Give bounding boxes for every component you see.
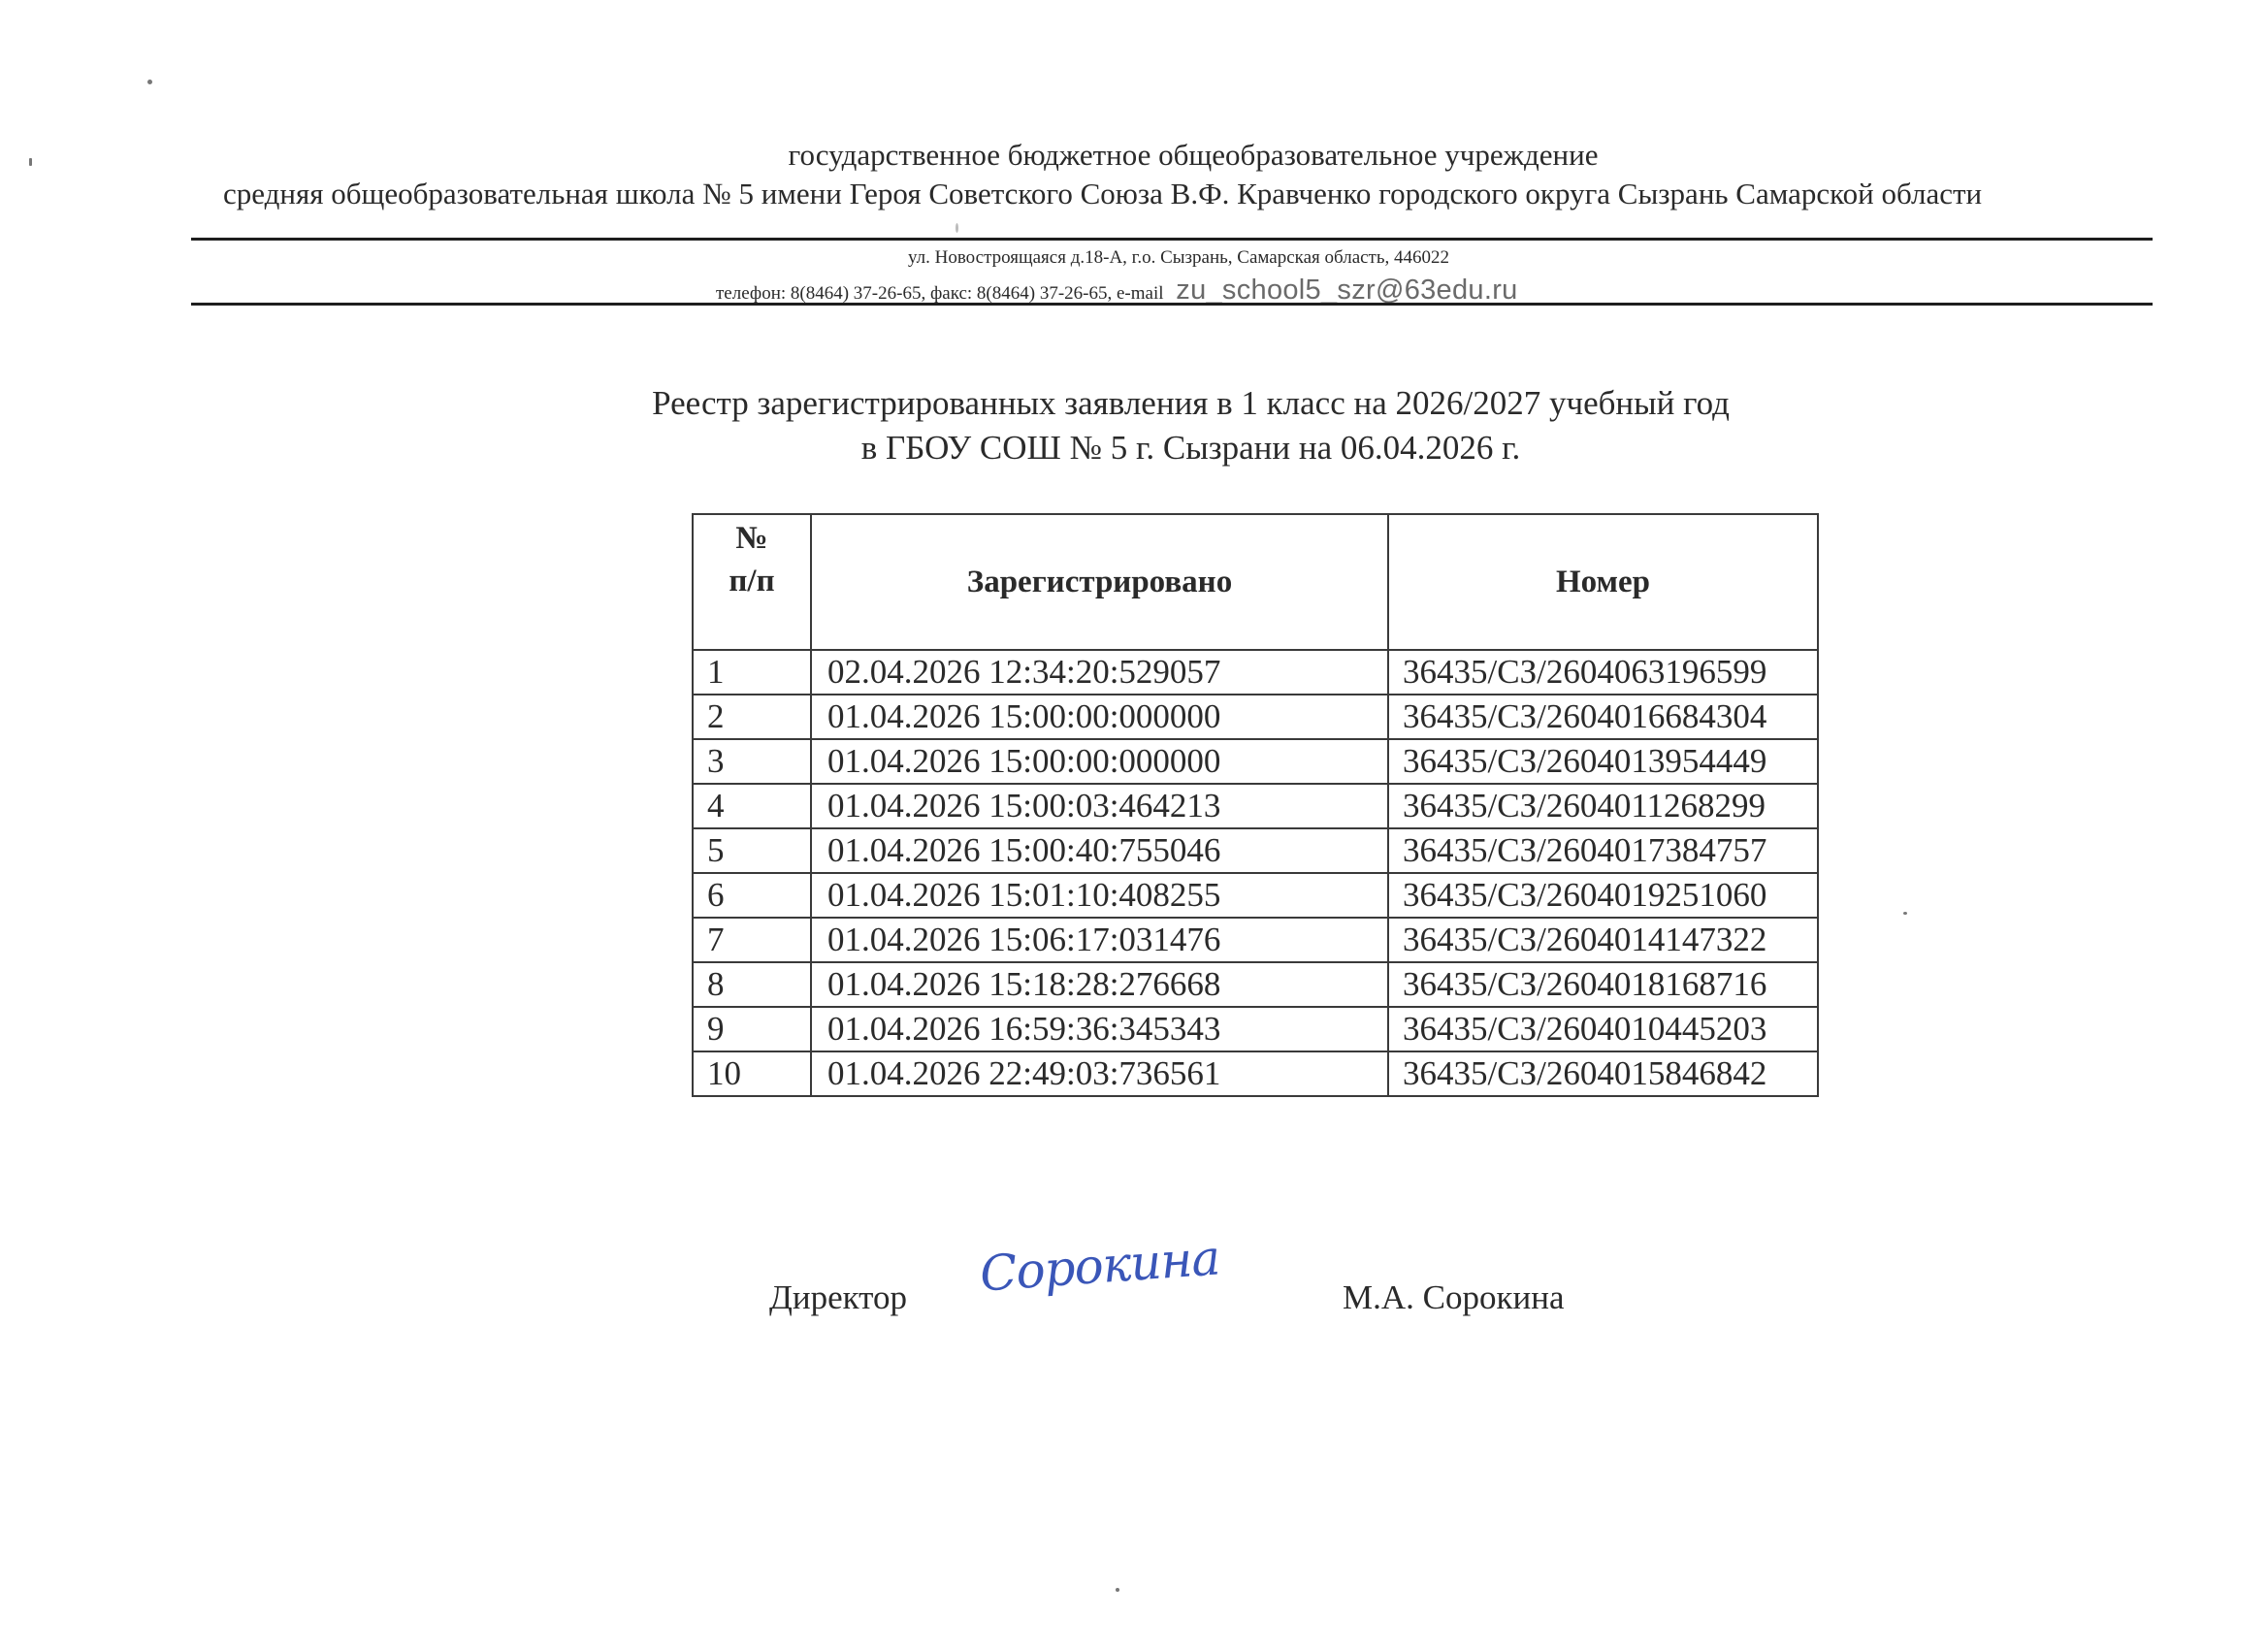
document-page: государственное бюджетное общеобразовате… (0, 0, 2268, 1649)
row-index: 5 (693, 828, 811, 873)
table-row: 901.04.2026 16:59:36:34534336435/СЗ/2604… (693, 1007, 1818, 1051)
registered-datetime: 02.04.2026 12:34:20:529057 (811, 650, 1388, 695)
application-number: 36435/СЗ/2604013954449 (1388, 739, 1818, 784)
table-row: 201.04.2026 15:00:00:00000036435/СЗ/2604… (693, 695, 1818, 739)
application-number: 36435/СЗ/2604011268299 (1388, 784, 1818, 828)
table-row: 301.04.2026 15:00:00:00000036435/СЗ/2604… (693, 739, 1818, 784)
row-index: 9 (693, 1007, 811, 1051)
signatory-position: Директор (769, 1278, 907, 1317)
registered-datetime: 01.04.2026 15:01:10:408255 (811, 873, 1388, 918)
letterhead-rule-top (191, 238, 2153, 241)
row-index: 10 (693, 1051, 811, 1096)
registered-datetime: 01.04.2026 15:00:03:464213 (811, 784, 1388, 828)
table-row: 501.04.2026 15:00:40:75504636435/СЗ/2604… (693, 828, 1818, 873)
registered-datetime: 01.04.2026 22:49:03:736561 (811, 1051, 1388, 1096)
application-number: 36435/СЗ/2604019251060 (1388, 873, 1818, 918)
table-row: 701.04.2026 15:06:17:03147636435/СЗ/2604… (693, 918, 1818, 962)
application-number: 36435/СЗ/2604063196599 (1388, 650, 1818, 695)
row-index: 2 (693, 695, 811, 739)
application-number: 36435/СЗ/2604017384757 (1388, 828, 1818, 873)
phone-fax: телефон: 8(8464) 37-26-65, факс: 8(8464)… (716, 283, 1164, 304)
document-subtitle: в ГБОУ СОШ № 5 г. Сызрани на 06.04.2026 … (0, 429, 2268, 468)
header-number-pp: п/п (694, 560, 810, 602)
table-header-row: № п/п Зарегистрировано Номер (693, 514, 1818, 650)
row-index: 6 (693, 873, 811, 918)
org-address: ул. Новостроящаяся д.18-А, г.о. Сызрань,… (0, 247, 2268, 269)
row-index: 8 (693, 962, 811, 1007)
registered-datetime: 01.04.2026 15:18:28:276668 (811, 962, 1388, 1007)
table-row: 401.04.2026 15:00:03:46421336435/СЗ/2604… (693, 784, 1818, 828)
header-number-sign: № (694, 517, 810, 560)
scan-speck (956, 223, 958, 233)
application-number: 36435/СЗ/2604016684304 (1388, 695, 1818, 739)
row-index: 1 (693, 650, 811, 695)
org-name: средняя общеобразовательная школа № 5 им… (223, 177, 1982, 211)
scan-speck (147, 80, 152, 84)
email-link[interactable]: zu_school5_szr@63edu.ru (1176, 275, 1517, 306)
scan-speck (29, 158, 32, 166)
header-application-number: Номер (1388, 514, 1818, 650)
row-index: 7 (693, 918, 811, 962)
application-number: 36435/СЗ/2604010445203 (1388, 1007, 1818, 1051)
letterhead-rule-bottom (191, 303, 2153, 306)
registered-datetime: 01.04.2026 16:59:36:345343 (811, 1007, 1388, 1051)
table-row: 1001.04.2026 22:49:03:73656136435/СЗ/260… (693, 1051, 1818, 1096)
handwritten-signature: Сорокина (978, 1229, 1221, 1302)
row-index: 4 (693, 784, 811, 828)
table-row: 102.04.2026 12:34:20:52905736435/СЗ/2604… (693, 650, 1818, 695)
registered-datetime: 01.04.2026 15:06:17:031476 (811, 918, 1388, 962)
table-row: 601.04.2026 15:01:10:40825536435/СЗ/2604… (693, 873, 1818, 918)
application-number: 36435/СЗ/2604014147322 (1388, 918, 1818, 962)
header-number: № п/п (693, 514, 811, 650)
scan-speck (1116, 1588, 1119, 1592)
application-number: 36435/СЗ/2604015846842 (1388, 1051, 1818, 1096)
row-index: 3 (693, 739, 811, 784)
application-number: 36435/СЗ/2604018168716 (1388, 962, 1818, 1007)
signatory-name: М.А. Сорокина (1343, 1278, 1565, 1317)
scan-speck (1903, 912, 1907, 915)
registry-table: № п/п Зарегистрировано Номер 102.04.2026… (692, 513, 1819, 1097)
registered-datetime: 01.04.2026 15:00:00:000000 (811, 739, 1388, 784)
table-body: 102.04.2026 12:34:20:52905736435/СЗ/2604… (693, 650, 1818, 1096)
document-title: Реестр зарегистрированных заявления в 1 … (0, 384, 2268, 423)
header-registered: Зарегистрировано (811, 514, 1388, 650)
registered-datetime: 01.04.2026 15:00:00:000000 (811, 695, 1388, 739)
registered-datetime: 01.04.2026 15:00:40:755046 (811, 828, 1388, 873)
table-row: 801.04.2026 15:18:28:27666836435/СЗ/2604… (693, 962, 1818, 1007)
org-type: государственное бюджетное общеобразовате… (0, 138, 2268, 173)
